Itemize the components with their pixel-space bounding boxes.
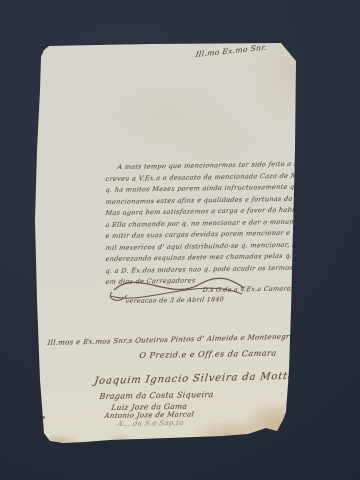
letter-paper: Ill.mo Ex.mo Snr. A mais tempo que menci…: [0, 0, 360, 480]
handwritten-body-line: a Ella chamando por q. no mencionar e da…: [105, 217, 312, 229]
signature: A... da S.a Sap.to: [117, 419, 184, 428]
handwritten-body-line: Mas agora bem satisfazemos a carga a fav…: [105, 205, 316, 217]
address-line: O Prezid.e e Off.es da Camara: [139, 349, 277, 360]
handwritten-body-line: mencionamos estes afins e qualidades e f…: [105, 194, 332, 206]
closing-line: D.s G.de a V.Ex.a Camara, em: [202, 285, 306, 294]
address-line: Ill.mos e Ex.mos Snr.s Outeiros Pintos d…: [47, 333, 295, 347]
handwritten-body-line: creveu a V.Ex.a o desacato da mencionada…: [105, 171, 311, 183]
paper-stain-speck: [252, 436, 257, 439]
signature: Joaquim Ignacio Silveira da Motta: [94, 371, 296, 387]
handwritten-body-line: e mitir das suas cargas devidas porem me…: [105, 228, 313, 240]
handwritten-body-line: enderezando esquinas deste mez chamadas …: [105, 251, 320, 263]
handwritten-body-line: mil mexericos d' aqui distribuindo-se q.…: [105, 240, 313, 252]
handwritten-body-line: q. ha muitos Mezes porem ainda infructuo…: [105, 182, 312, 194]
paper-stain-speck: [41, 416, 45, 419]
heading-honorific: Ill.mo Ex.mo Snr.: [195, 43, 267, 59]
paper-stain-speck: [286, 402, 289, 405]
signature: Bragam da Costa Siqueira: [99, 390, 214, 401]
handwritten-body-line: A mais tempo que mencionarmos ter sido f…: [117, 160, 303, 171]
